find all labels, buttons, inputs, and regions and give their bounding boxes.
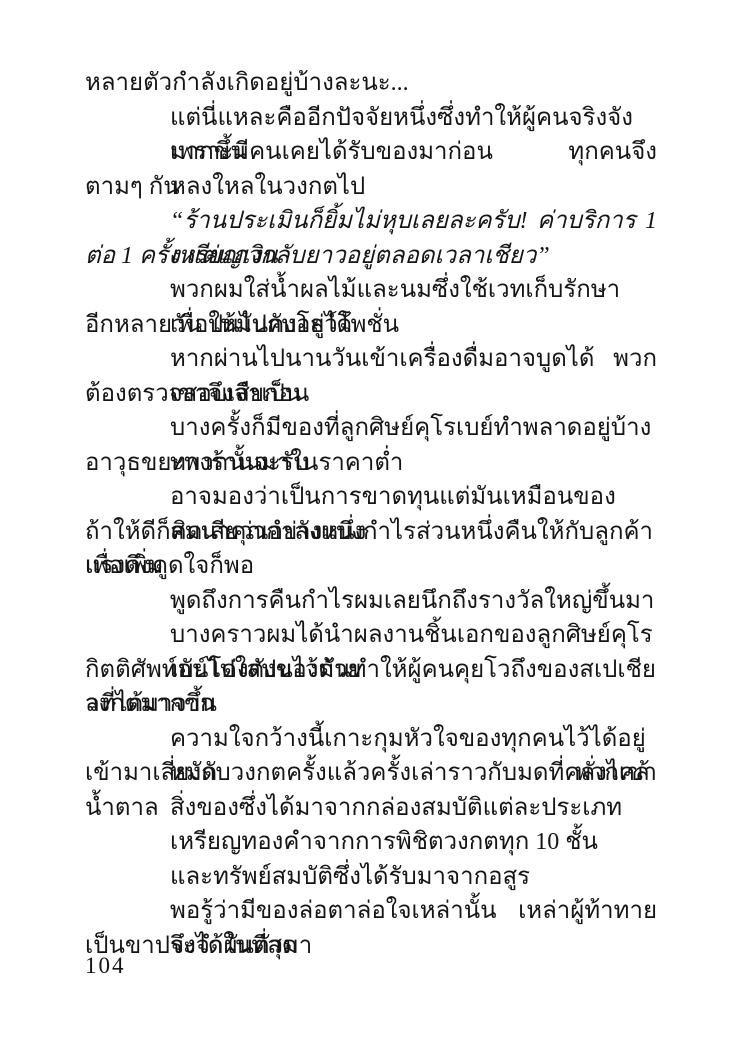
text-line: บางคราวผมได้นำผลงานชิ้นเอกของลูกศิษย์คุโ… xyxy=(85,618,657,653)
text-line: วงกตมากขึ้น xyxy=(85,687,657,722)
text-line: “ร้านประเมินก็ยิ้มไม่หุบเลยละครับ! ค่าบร… xyxy=(85,204,657,239)
text-line: พอรู้ว่ามีของล่อตาล่อใจเหล่านั้น เหล่าผู… xyxy=(85,894,657,929)
book-page: หลายตัวกำลังเกิดอยู่บ้างละนะ...แต่นี่แหล… xyxy=(0,0,738,1051)
text-line: และทรัพย์สมบัติซึ่งได้รับมาจากอสูร xyxy=(85,860,657,895)
text-line: บางครั้งก็มีของที่ลูกศิษย์คุโรเบย์ทำพลาด… xyxy=(85,411,657,446)
text-line: กิตติศัพท์อันโด่งดังของมันทำให้ผู้คนคุยโ… xyxy=(85,653,657,688)
text-line: พวกผมใส่น้ำผลไม้และนมซึ่งใช้เวทเก็บรักษา… xyxy=(85,273,657,308)
text-line: หากผ่านไปนานวันเข้าเครื่องดื่มอาจบูดได้ … xyxy=(85,342,657,377)
text-line: อาวุธขยะพวกนั้นมาในราคาต่ำ xyxy=(85,446,657,481)
text-line: เข้ามาเสี่ยงกับวงกตครั้งแล้วครั้งเล่าราว… xyxy=(85,756,657,791)
text-line: เพราะมีคนเคยได้รับของมาก่อน ทุกคนจึงหลงใ… xyxy=(85,135,657,170)
text-line: เป็นขาประจำในที่สุด xyxy=(85,929,657,964)
page-text: หลายตัวกำลังเกิดอยู่บ้างละนะ...แต่นี่แหล… xyxy=(85,66,657,963)
page-number: 104 xyxy=(85,953,126,979)
text-line: ความใจกว้างนี้เกาะกุมหัวใจของทุกคนไว้ได้… xyxy=(85,722,657,757)
text-line: เหรียญทองคำจากการพิชิตวงกตทุก 10 ชั้น xyxy=(85,825,657,860)
text-line: ต้องตรวจสอบเสียก่อน xyxy=(85,377,657,412)
text-line: แต่นี่แหละคืออีกปัจจัยหนึ่งซึ่งทำให้ผู้ค… xyxy=(85,101,657,136)
text-line: สิ่งของซึ่งได้มาจากกล่องสมบัติแต่ละประเภ… xyxy=(85,791,657,826)
text-line: หลายตัวกำลังเกิดอยู่บ้างละนะ... xyxy=(85,66,657,101)
text-line: อาจมองว่าเป็นการขาดทุนแต่มันเหมือนของสมน… xyxy=(85,480,657,515)
text-line: อีกหลายวัน ปนไปกับโลว์โพชั่น xyxy=(85,308,657,343)
text-line: พูดถึงการคืนกำไรผมเลยนึกถึงรางวัลใหญ่ขึ้… xyxy=(85,584,657,619)
text-line: แรงดึงดูดใจก็พอ xyxy=(85,549,657,584)
text-line: ตามๆ กัน xyxy=(85,170,657,205)
text-line: ต่อ 1 ครั้ง แต่แถวกลับยาวอยู่ตลอดเวลาเชี… xyxy=(85,239,657,274)
text-line: ถ้าให้ดีก็คิดเสียว่ากำลังแบ่งกำไรส่วนหนึ… xyxy=(85,515,657,550)
